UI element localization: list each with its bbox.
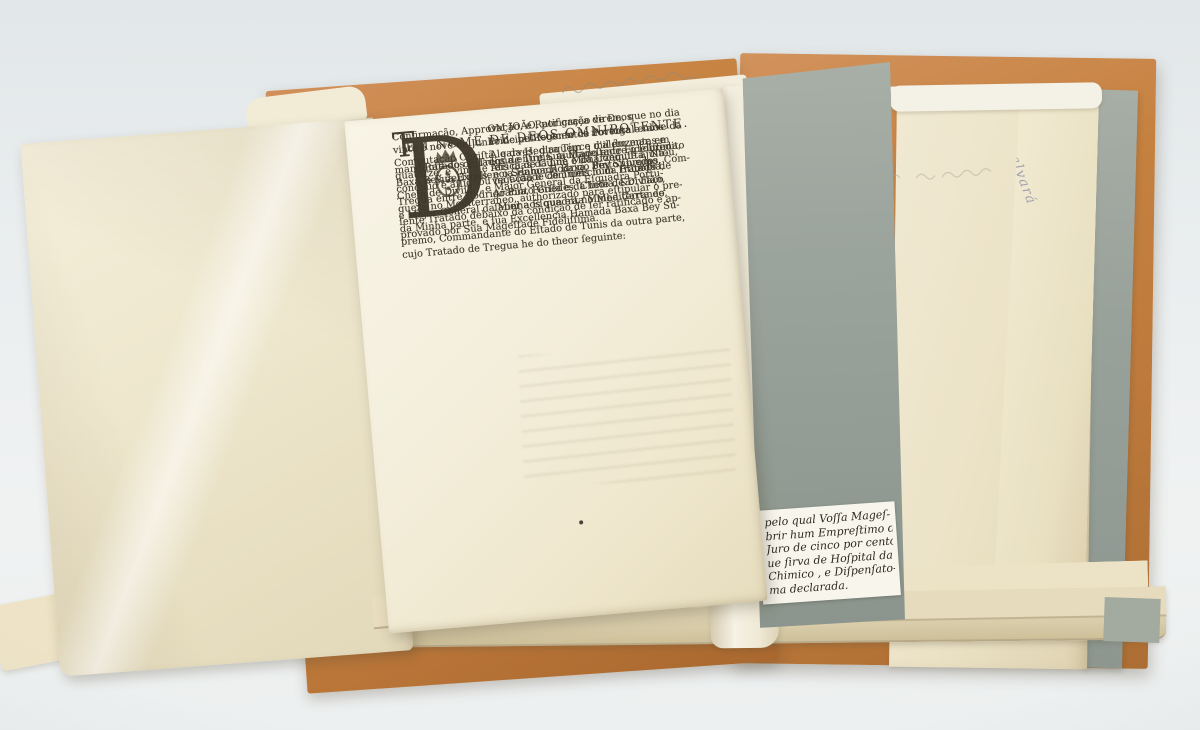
photo-vignette [0, 0, 1200, 730]
photograph-of-antique-documents: Tabaco alvará pelo qual Voſſa Mageſ-brir… [0, 0, 1200, 730]
